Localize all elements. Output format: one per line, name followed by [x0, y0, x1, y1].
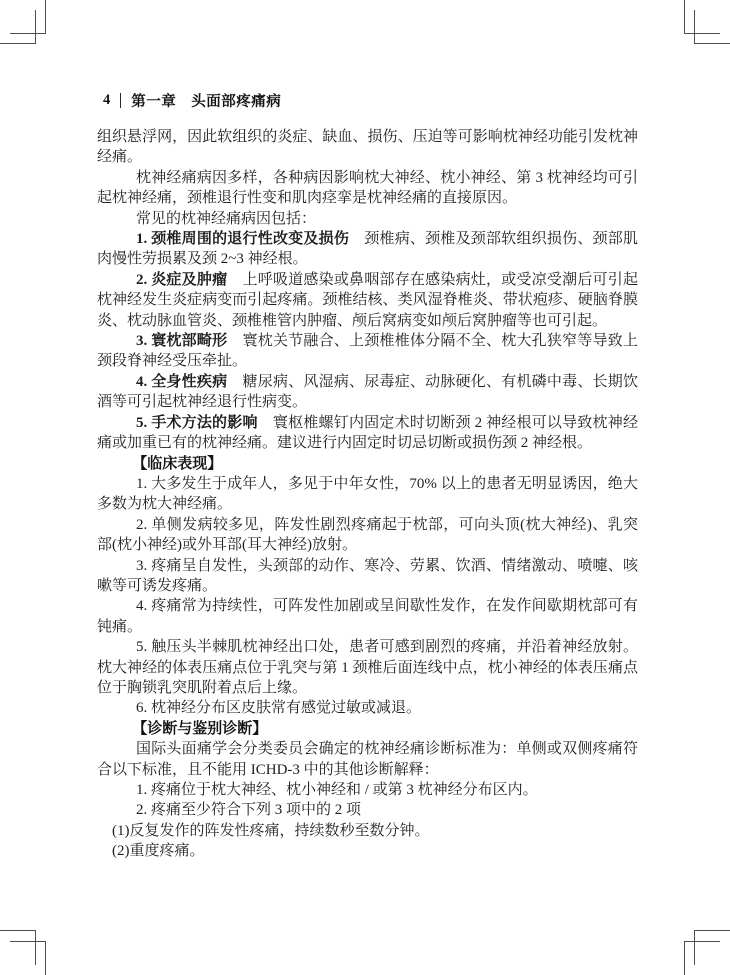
paragraph: 1. 大多发生于成年人，多见于中年女性，70% 以上的患者无明显诱因，绝大多数为… — [97, 474, 638, 515]
term-label: 3. 寰枕部畸形 — [136, 333, 227, 349]
paragraph-text: 1. 大多发生于成年人，多见于中年女性，70% 以上的患者无明显诱因，绝大多数为… — [97, 476, 638, 512]
article-body: 组织悬浮网，因此软组织的炎症、缺血、损伤、压迫等可影响枕神经功能引发枕神经痛。枕… — [97, 127, 638, 862]
chapter-label: 第一章 — [131, 90, 176, 111]
paragraph: 1. 颈椎周围的退行性改变及损伤 颈椎病、颈椎及颈部软组织损伤、颈部肌肉慢性劳损… — [97, 229, 638, 270]
chapter-title: 头面部疼痛病 — [191, 90, 281, 111]
paragraph: (2)重度疼痛。 — [97, 841, 638, 861]
paragraph: 5. 手术方法的影响 寰枢椎螺钉内固定术时切断颈 2 神经根可以导致枕神经痛或加… — [97, 413, 638, 454]
paragraph: 4. 疼痛常为持续性，可阵发性加剧或呈间歇性发作，在发作间歇期枕部可有钝痛。 — [97, 596, 638, 637]
paragraph-text: 2. 疼痛至少符合下列 3 项中的 2 项 — [136, 802, 361, 818]
crop-mark-bottom-right-inner — [695, 931, 730, 966]
paragraph: 组织悬浮网，因此软组织的炎症、缺血、损伤、压迫等可影响枕神经功能引发枕神经痛。 — [97, 127, 638, 168]
paragraph-text: (1)反复发作的阵发性疼痛，持续数秒至数分钟。 — [112, 823, 430, 839]
running-header: 4 第一章 头面部疼痛病 — [103, 90, 281, 111]
paragraph-text: 2. 单侧发病较多见，阵发性剧烈疼痛起于枕部，可向头顶(枕大神经)、乳突部(枕小… — [97, 517, 638, 553]
paragraph-text: 6. 枕神经分布区皮肤常有感觉过敏或减退。 — [136, 700, 421, 716]
paragraph-text: 4. 疼痛常为持续性，可阵发性加剧或呈间歇性发作，在发作间歇期枕部可有钝痛。 — [97, 598, 638, 634]
paragraph: 3. 疼痛呈自发性，头颈部的动作、寒冷、劳累、饮酒、情绪激动、喷嚏、咳嗽等可诱发… — [97, 556, 638, 597]
paragraph-text: 常见的枕神经痛病因包括： — [136, 211, 316, 227]
paragraph: 枕神经痛病因多样，各种病因影响枕大神经、枕小神经、第 3 枕神经均可引起枕神经痛… — [97, 168, 638, 209]
paragraph: (1)反复发作的阵发性疼痛，持续数秒至数分钟。 — [97, 821, 638, 841]
crop-mark-top-right-inner — [695, 10, 730, 44]
crop-mark-bottom-right-outer — [685, 942, 721, 975]
section-heading: 【临床表现】 — [97, 454, 638, 474]
term-label: 5. 手术方法的影响 — [136, 415, 258, 431]
term-label: 【临床表现】 — [132, 456, 222, 472]
paragraph-text: (2)重度疼痛。 — [112, 843, 205, 859]
paragraph: 2. 单侧发病较多见，阵发性剧烈疼痛起于枕部，可向头顶(枕大神经)、乳突部(枕小… — [97, 515, 638, 556]
paragraph: 4. 全身性疾病 糖尿病、风湿病、尿毒症、动脉硬化、有机磷中毒、长期饮酒等可引起… — [97, 372, 638, 413]
crop-mark-bottom-left-outer — [10, 942, 46, 975]
crop-mark-top-right-outer — [685, 0, 721, 34]
term-label: 4. 全身性疾病 — [136, 374, 227, 390]
paragraph: 3. 寰枕部畸形 寰枕关节融合、上颈椎椎体分隔不全、枕大孔狭窄等导致上颈段脊神经… — [97, 331, 638, 372]
crop-mark-bottom-left-inner — [0, 931, 36, 966]
paragraph-text: 3. 疼痛呈自发性，头颈部的动作、寒冷、劳累、饮酒、情绪激动、喷嚏、咳嗽等可诱发… — [97, 558, 638, 594]
paragraph: 1. 疼痛位于枕大神经、枕小神经和 / 或第 3 枕神经分布区内。 — [97, 780, 638, 800]
paragraph-text: 枕神经痛病因多样，各种病因影响枕大神经、枕小神经、第 3 枕神经均可引起枕神经痛… — [97, 170, 638, 206]
paragraph-text: 组织悬浮网，因此软组织的炎症、缺血、损伤、压迫等可影响枕神经功能引发枕神经痛。 — [97, 129, 638, 165]
page-number: 4 — [103, 92, 111, 109]
paragraph: 2. 疼痛至少符合下列 3 项中的 2 项 — [97, 800, 638, 820]
section-heading: 【诊断与鉴别诊断】 — [97, 719, 638, 739]
header-divider — [120, 93, 122, 108]
paragraph: 2. 炎症及肿瘤 上呼吸道感染或鼻咽部存在感染病灶，或受凉受潮后可引起枕神经发生… — [97, 270, 638, 331]
paragraph: 5. 触压头半棘肌枕神经出口处，患者可感到剧烈的疼痛，并沿着神经放射。枕大神经的… — [97, 637, 638, 698]
paragraph-text: 5. 触压头半棘肌枕神经出口处，患者可感到剧烈的疼痛，并沿着神经放射。枕大神经的… — [97, 639, 638, 696]
term-label: 2. 炎症及肿瘤 — [136, 272, 227, 288]
paragraph: 国际头面痛学会分类委员会确定的枕神经痛诊断标准为：单侧或双侧疼痛符合以下标准，且… — [97, 739, 638, 780]
paragraph: 常见的枕神经痛病因包括： — [97, 209, 638, 229]
crop-mark-top-left-inner — [0, 10, 36, 44]
crop-mark-top-left-outer — [10, 0, 46, 34]
term-label: 【诊断与鉴别诊断】 — [132, 721, 267, 737]
paragraph: 6. 枕神经分布区皮肤常有感觉过敏或减退。 — [97, 698, 638, 718]
term-label: 1. 颈椎周围的退行性改变及损伤 — [136, 231, 349, 247]
book-page: 4 第一章 头面部疼痛病 组织悬浮网，因此软组织的炎症、缺血、损伤、压迫等可影响… — [0, 0, 730, 975]
paragraph-text: 1. 疼痛位于枕大神经、枕小神经和 / 或第 3 枕神经分布区内。 — [136, 782, 538, 798]
paragraph-text: 国际头面痛学会分类委员会确定的枕神经痛诊断标准为：单侧或双侧疼痛符合以下标准，且… — [97, 741, 638, 777]
